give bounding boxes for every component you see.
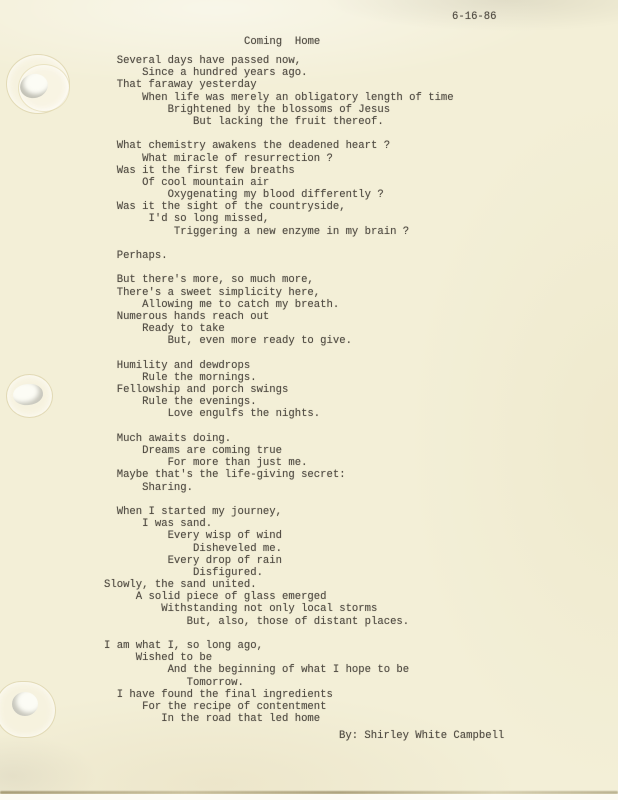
poem-line: I have found the final ingredients (104, 689, 504, 701)
poem-line: Wished to be (104, 652, 504, 664)
poem-line: Of cool mountain air (104, 177, 504, 189)
poem-line: Much awaits doing. (104, 433, 504, 445)
poem-line: I'd so long missed, (104, 213, 504, 225)
poem-line: Fellowship and porch swings (104, 384, 504, 396)
poem-line: But, even more ready to give. (104, 335, 504, 347)
poem-line: Disheveled me. (104, 543, 504, 555)
poem-title: Coming Home (104, 36, 504, 48)
poem-line (104, 348, 504, 360)
poem-line: I am what I, so long ago, (104, 640, 504, 652)
poem-line: Love engulfs the nights. (104, 408, 504, 420)
poem-line: Ready to take (104, 323, 504, 335)
poem-line: Oxygenating my blood differently ? (104, 189, 504, 201)
poem-line (104, 128, 504, 140)
hole-punch-hole (12, 692, 38, 716)
poem-line: When life was merely an obligatory lengt… (104, 92, 504, 104)
poem-line: For more than just me. (104, 457, 504, 469)
poem-line: Humility and dewdrops (104, 360, 504, 372)
poem-line: Every wisp of wind (104, 530, 504, 542)
poem: Coming Home Several days have passed now… (104, 36, 504, 743)
poem-line: Allowing me to catch my breath. (104, 299, 504, 311)
poem-line (104, 421, 504, 433)
poem-line: That faraway yesterday (104, 79, 504, 91)
poem-byline: By: Shirley White Campbell (104, 730, 504, 742)
date-label: 6-16-86 (452, 11, 497, 23)
poem-line (104, 628, 504, 640)
poem-line: There's a sweet simplicity here, (104, 287, 504, 299)
poem-line: Was it the first few breaths (104, 165, 504, 177)
poem-line: Numerous hands reach out (104, 311, 504, 323)
poem-line: What chemistry awakens the deadened hear… (104, 140, 504, 152)
poem-line: When I started my journey, (104, 506, 504, 518)
scanned-poem-page: 6-16-86 Coming Home Several days have pa… (0, 0, 618, 800)
poem-line: Disfigured. (104, 567, 504, 579)
poem-line: What miracle of resurrection ? (104, 153, 504, 165)
poem-line: Dreams are coming true (104, 445, 504, 457)
poem-line (104, 238, 504, 250)
poem-line (104, 262, 504, 274)
poem-line: But lacking the fruit thereof. (104, 116, 504, 128)
poem-line: Sharing. (104, 482, 504, 494)
poem-line: Maybe that's the life-giving secret: (104, 469, 504, 481)
poem-line: Brightened by the blossoms of Jesus (104, 104, 504, 116)
poem-line: Several days have passed now, (104, 55, 504, 67)
poem-lines: Several days have passed now, Since a hu… (104, 55, 504, 725)
poem-line: In the road that led home (104, 713, 504, 725)
poem-line: Since a hundred years ago. (104, 67, 504, 79)
poem-line: But there's more, so much more, (104, 274, 504, 286)
poem-line: Was it the sight of the countryside, (104, 201, 504, 213)
poem-line: Rule the mornings. (104, 372, 504, 384)
poem-line: Every drop of rain (104, 555, 504, 567)
poem-line: Tomorrow. (104, 677, 504, 689)
poem-line: For the recipe of contentment (104, 701, 504, 713)
poem-line: I was sand. (104, 518, 504, 530)
poem-line: A solid piece of glass emerged (104, 591, 504, 603)
poem-line: And the beginning of what I hope to be (104, 664, 504, 676)
poem-line: Rule the evenings. (104, 396, 504, 408)
poem-line: Triggering a new enzyme in my brain ? (104, 226, 504, 238)
poem-line: Slowly, the sand united. (104, 579, 504, 591)
poem-line: But, also, those of distant places. (104, 616, 504, 628)
poem-line: Withstanding not only local storms (104, 603, 504, 615)
poem-line: Perhaps. (104, 250, 504, 262)
poem-line (104, 494, 504, 506)
scan-background-strip (0, 794, 618, 800)
